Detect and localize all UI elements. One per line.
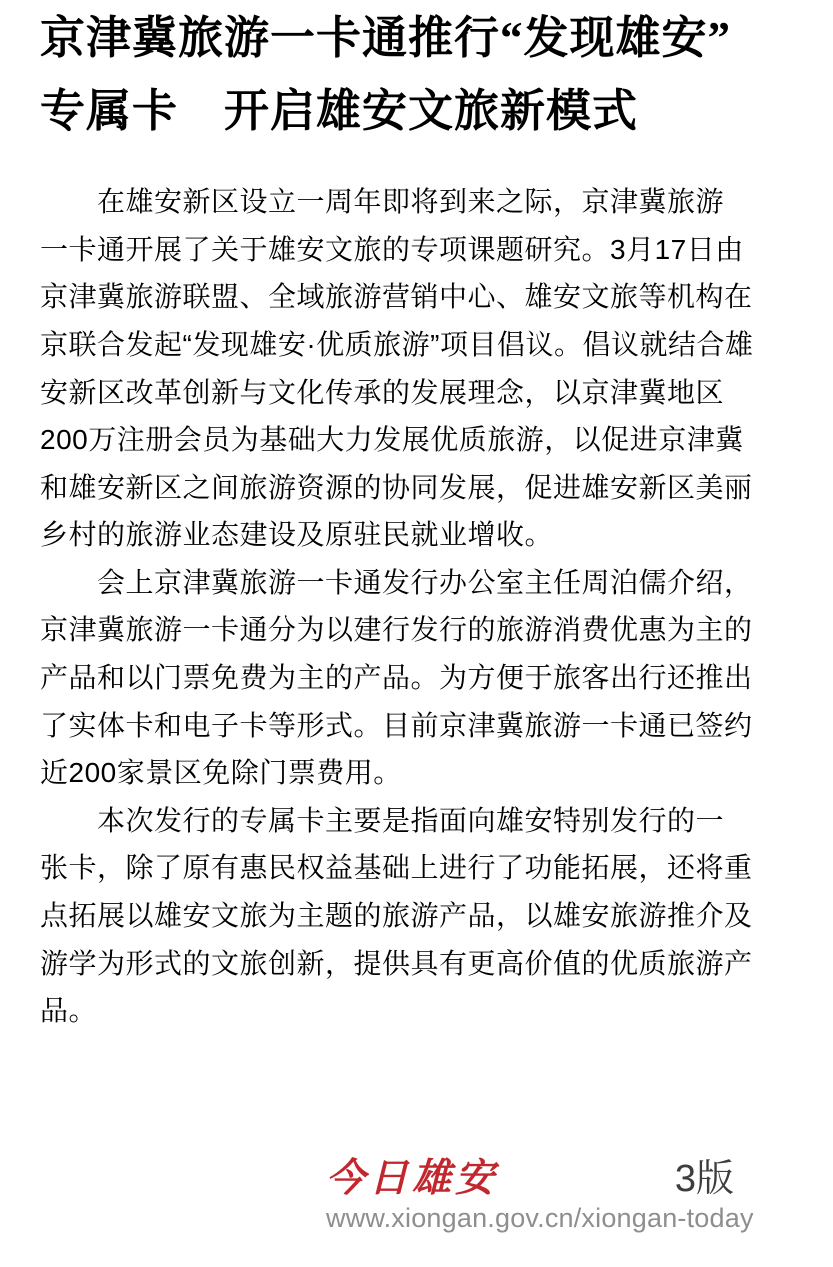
- newspaper-page: 京津冀旅游一卡通推行“发现雄安” 专属卡 开启雄安文旅新模式 在雄安新区设立一周…: [0, 0, 833, 1267]
- footer-masthead-row: 今日雄安 3版: [326, 1156, 734, 1202]
- article-headline: 京津冀旅游一卡通推行“发现雄安” 专属卡 开启雄安文旅新模式: [40, 2, 800, 148]
- footer-url: www.xiongan.gov.cn/xiongan-today: [326, 1203, 734, 1233]
- article-paragraph-1: 在雄安新区设立一周年即将到来之际，京津冀旅游 一卡通开展了关于雄安文旅的专项课题…: [40, 178, 800, 559]
- article-paragraph-2: 会上京津冀旅游一卡通发行办公室主任周泊儒介绍， 京津冀旅游一卡通分为以建行发行的…: [40, 559, 800, 797]
- article: 京津冀旅游一卡通推行“发现雄安” 专属卡 开启雄安文旅新模式 在雄安新区设立一周…: [40, 0, 800, 1035]
- article-body: 在雄安新区设立一周年即将到来之际，京津冀旅游 一卡通开展了关于雄安文旅的专项课题…: [40, 178, 800, 1035]
- masthead-logo: 今日雄安: [326, 1156, 498, 1202]
- page-number-label: 3版: [675, 1156, 734, 1202]
- article-paragraph-3: 本次发行的专属卡主要是指面向雄安特别发行的一 张卡，除了原有惠民权益基础上进行了…: [40, 797, 800, 1035]
- page-footer: 今日雄安 3版 www.xiongan.gov.cn/xiongan-today: [326, 1156, 734, 1233]
